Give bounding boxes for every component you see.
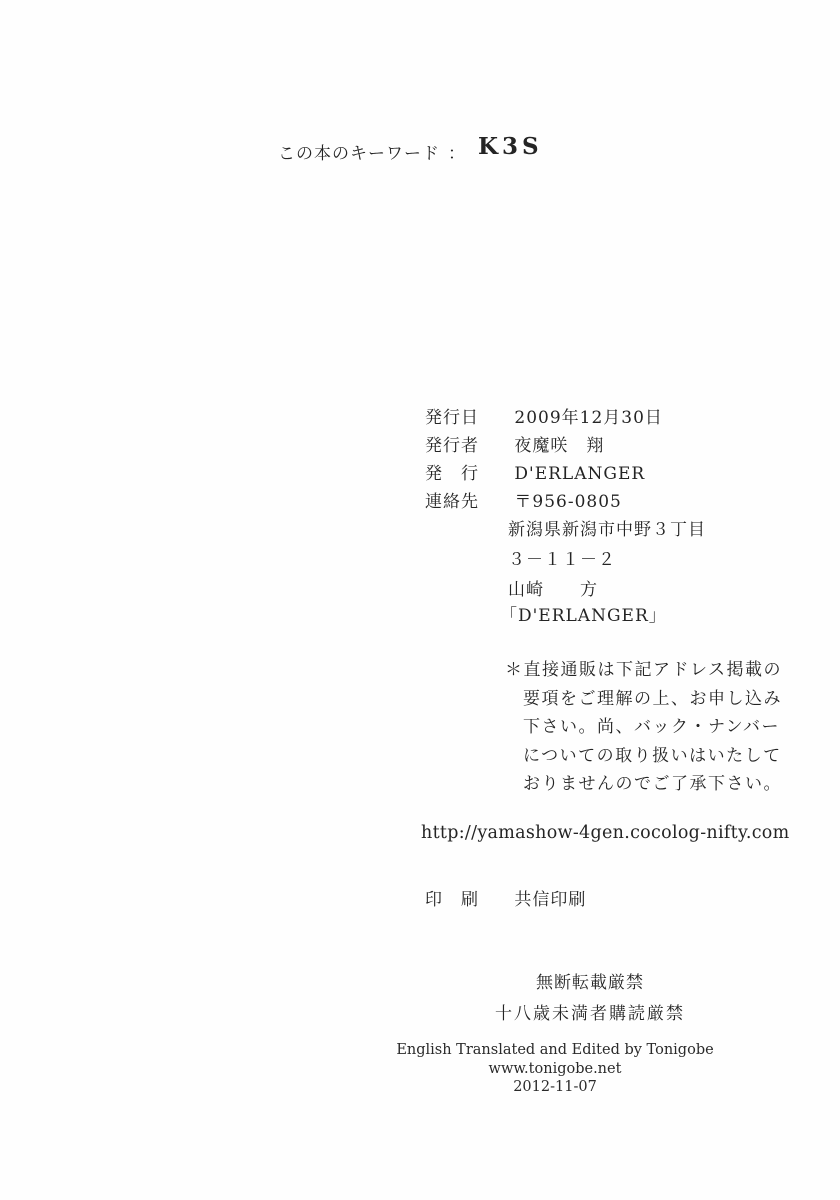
- mail-order-note: ＊直接通販は下記アドレス掲載の 要項をご理解の上、お申し込み 下さい。尚、バック…: [505, 656, 782, 799]
- colophon-row-printer: 印 刷 共信印刷: [425, 885, 586, 910]
- note-line: についての取り扱いはいたして: [523, 742, 782, 771]
- colophon-row-contact: 連絡先 〒956-0805: [425, 487, 622, 512]
- contact-address-line: 山崎 方: [508, 575, 598, 600]
- publish-date-value: 2009年12月30日: [514, 408, 663, 428]
- note-line: ＊直接通販は下記アドレス掲載の: [505, 656, 782, 685]
- publish-date-label: 発行日: [425, 403, 508, 428]
- contact-postal-code: 〒956-0805: [514, 492, 621, 512]
- translator-url: www.tonigobe.net: [380, 1060, 730, 1079]
- contact-address-line: 新潟県新潟市中野３丁目: [508, 515, 706, 540]
- keyword-value: K3S: [478, 133, 543, 160]
- translator-credit-line: English Translated and Edited by Tonigob…: [380, 1041, 730, 1060]
- note-line: おりませんのでご了承下さい。: [523, 770, 782, 799]
- colophon-row-circle: 発 行 D'ERLANGER: [425, 459, 645, 484]
- scanned-colophon-page: この本のキーワード ： K3S 発行日 2009年12月30日 発行者 夜魔咲 …: [0, 0, 840, 1200]
- publisher-value: 夜魔咲 翔: [514, 436, 604, 456]
- keyword-label: この本のキーワード: [278, 139, 440, 164]
- note-line: 要項をご理解の上、お申し込み: [523, 685, 782, 714]
- circle-label: 発 行: [425, 459, 508, 484]
- contact-address-line: ３－１１－２: [508, 545, 616, 570]
- colophon-row-publisher: 発行者 夜魔咲 翔: [425, 431, 604, 456]
- website-url: http://yamashow-4gen.cocolog-nifty.com: [421, 823, 790, 843]
- circle-value: D'ERLANGER: [514, 464, 645, 484]
- colophon-row-publish-date: 発行日 2009年12月30日: [425, 403, 663, 428]
- printer-value: 共信印刷: [514, 890, 586, 910]
- no-reproduction-warning: 無断転載厳禁: [440, 968, 740, 993]
- printer-label: 印 刷: [425, 885, 508, 910]
- contact-label: 連絡先: [425, 487, 508, 512]
- publisher-label: 発行者: [425, 431, 508, 456]
- note-line: 下さい。尚、バック・ナンバー: [523, 713, 782, 742]
- contact-address-line: 「D'ERLANGER」: [500, 601, 667, 626]
- translation-date: 2012-11-07: [380, 1078, 730, 1097]
- age-restriction-warning: 十八歳未満者購読厳禁: [440, 999, 740, 1024]
- translator-credit-block: English Translated and Edited by Tonigob…: [380, 1041, 730, 1097]
- keyword-separator: ：: [448, 139, 465, 164]
